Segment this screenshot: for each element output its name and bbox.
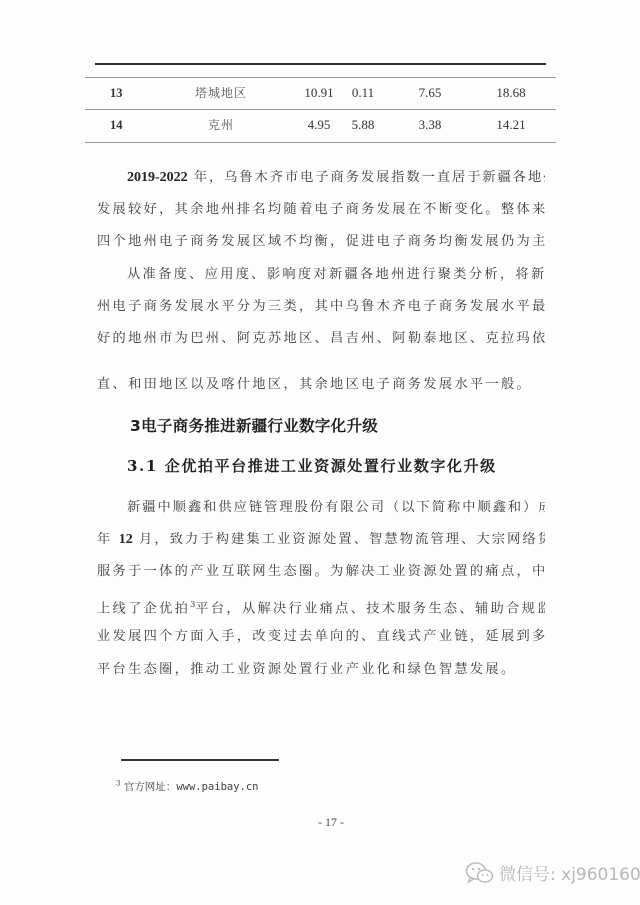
paragraph-line: 年 12 月，致力于构建集工业资源处置、智慧物流管理、大宗网络货运、数字化 (97, 531, 545, 549)
region-cell: 塔城地区 (195, 85, 247, 101)
paragraph-line: 州电子商务发展水平分为三类，其中乌鲁木齐电子商务发展水平最好，发展较 (97, 298, 545, 316)
watermark-text: 微信号: xj960160 (499, 860, 640, 885)
value-cell: 4.95 (308, 117, 331, 133)
line-text: 新疆中顺鑫和供应链管理股份有限公司（以下简称中顺鑫和）成立于 (127, 500, 545, 515)
table-rule (85, 77, 556, 78)
paragraph-line: 上线了企优拍3平台，从解决行业痛点、技术服务生态、辅助合规监管、助力行 (97, 596, 545, 618)
value-cell: 10.91 (304, 85, 333, 101)
paragraph-line: 业发展四个方面入手，改变过去单向的、直线式产业链，延展到多边、多样的 (97, 628, 545, 646)
line-text: 上线了企优拍 (97, 601, 190, 616)
paragraph-line: 发展较好，其余地州排名均随着电子商务发展在不断变化。整体来看，新疆十 (97, 201, 545, 219)
footnote-rule (121, 759, 279, 761)
watermark: 微信号: xj960160 (465, 860, 640, 885)
value-cell: 3.38 (419, 117, 442, 133)
line-text: 年，乌鲁木齐市电子商务发展指数一直居于新疆各地州第一位， (188, 170, 545, 185)
table-rule (85, 142, 556, 143)
wechat-icon (465, 861, 495, 885)
line-text: 年 (97, 532, 112, 547)
paragraph-line: 平台生态圈，推动工业资源处置行业产业化和绿色智慧发展。 (97, 661, 545, 679)
paragraph-line: 服务于一体的产业互联网生态圈。为解决工业资源处置的痛点，中顺鑫和开发 (97, 563, 545, 581)
subsection-heading: 3.1 企优拍平台推进工业资源处置行业数字化升级 (127, 455, 497, 476)
value-cell: 7.65 (419, 85, 442, 101)
footnote-url[interactable]: www.paibay.cn (176, 781, 258, 793)
footnote: 3 官方网址：www.paibay.cn (116, 779, 259, 794)
page-number: - 17 - (318, 815, 344, 830)
footnote-label: 官方网址： (124, 781, 177, 793)
rank-cell: 14 (110, 117, 123, 133)
paragraph-line: 四个地州电子商务发展区域不均衡，促进电子商务均衡发展仍为主要方向。 (97, 233, 545, 251)
rank-cell: 13 (110, 85, 123, 101)
value-cell: 18.68 (496, 85, 525, 101)
paragraph-line: 从准备度、应用度、影响度对新疆各地州进行聚类分析，将新疆十四个地 (127, 266, 545, 284)
value-cell: 5.88 (352, 117, 375, 133)
footnote-marker: 3 (116, 780, 120, 788)
section-heading: 3电子商务推进新疆行业数字化升级 (130, 414, 378, 436)
region-cell: 克州 (208, 117, 234, 133)
paragraph-line: 直、和田地区以及喀什地区，其余地区电子商务发展水平一般。 (97, 376, 545, 394)
paragraph-line: 新疆中顺鑫和供应链管理股份有限公司（以下简称中顺鑫和）成立于 2015 (127, 499, 545, 517)
line-text: 平台，从解决行业痛点、技术服务生态、辅助合规监管、助力行 (195, 601, 545, 616)
table-top-rule (95, 63, 546, 65)
table-rule (85, 109, 556, 110)
paragraph-line: 2019-2022 年，乌鲁木齐市电子商务发展指数一直居于新疆各地州第一位， (127, 169, 545, 187)
line-text: 月，致力于构建集工业资源处置、智慧物流管理、大宗网络货运、数字化 (139, 532, 545, 547)
year-range: 2019-2022 (127, 170, 188, 185)
paragraph-line: 好的地州市为巴州、阿克苏地区、昌吉州、阿勒泰地区、克拉玛依市、伊犁州 (97, 330, 545, 348)
month-text: 12 (119, 532, 133, 547)
value-cell: 0.11 (352, 85, 374, 101)
value-cell: 14.21 (496, 117, 525, 133)
